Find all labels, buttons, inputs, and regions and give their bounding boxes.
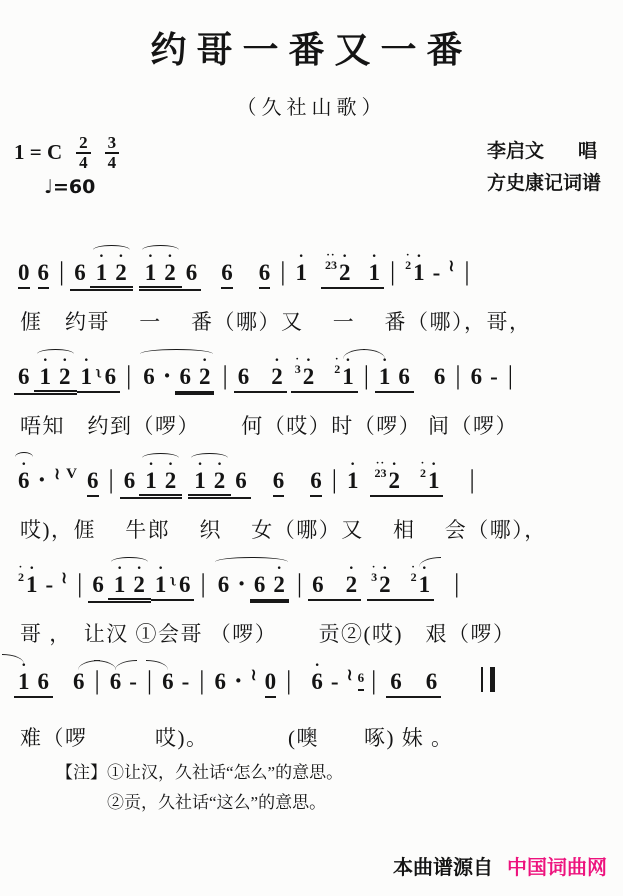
jianpu-note: 6 [87, 468, 99, 497]
jianpu-note: 6 [143, 364, 155, 390]
jianpu-note: ·1 [295, 254, 307, 286]
jianpu-note: ·2 [271, 358, 283, 390]
jianpu-note: ·2 [199, 358, 211, 390]
jianpu-note: 6 [259, 260, 271, 289]
jianpu-note: ·1 [114, 566, 126, 598]
barline: | [126, 363, 131, 390]
jianpu-notes-row: ·166|6-|6-|6·≀0|·6-≀6|66 [14, 646, 623, 720]
barline: | [280, 259, 285, 286]
key-signature: 1 = C 2 4 3 4 [14, 134, 119, 172]
jianpu-note: ·2 [164, 254, 176, 286]
jianpu-note: 6 [215, 669, 227, 695]
time-signature-2: 3 4 [105, 134, 120, 172]
breath-mark-icon: V [66, 458, 77, 484]
barline: | [95, 668, 100, 695]
jianpu-note: ·3·2 [295, 358, 315, 390]
jianpu-note: 6 [38, 260, 50, 289]
sheet-music-page: 约哥一番又一番 （久社山歌） 1 = C 2 4 3 4 ♩=60 李启文唱 方… [0, 0, 623, 896]
grace-notes: ·3 [295, 358, 301, 375]
jianpu-note: 6 [105, 364, 117, 390]
score-meta: 1 = C 2 4 3 4 ♩=60 李启文唱 方史康记词谱 [0, 134, 623, 212]
jianpu-note: 6 [92, 572, 104, 598]
credits: 李启文唱 方史康记词谱 [487, 136, 601, 201]
jianpu-note: 6 [179, 364, 191, 390]
jianpu-note: 6 [273, 468, 285, 497]
grace-note: 6 [358, 662, 365, 691]
jianpu-note: ·2 [273, 566, 285, 598]
beam-group: ·1ʅ6 [151, 563, 195, 601]
time-signature-1: 2 4 [76, 134, 91, 172]
barline: | [464, 259, 469, 286]
slur-group: ·1·2 [139, 452, 182, 496]
slur-group: ·1·2 [188, 452, 231, 496]
jianpu-note: 6 [74, 260, 86, 286]
beam-group: ··23·2·1 [321, 254, 384, 289]
lyrics-row: 哥 ， 让汉 ①会哥 （啰） 贡②(哎) 艰（啰） [14, 618, 623, 648]
slide-squiggle-icon: ≀ [61, 563, 67, 589]
music-system-3: ·6·≀V6|6·1·2·1·2666|·1··23·2·2·1| 哎)，𠊎 牛… [14, 438, 623, 542]
lyrics-row: 难（啰 哎)。 (噢 啄) 妹 。 [14, 722, 623, 752]
jianpu-note: 6 [18, 364, 30, 390]
jianpu-note: ··23·2 [325, 254, 351, 286]
grace-notes: ·2 [405, 254, 411, 271]
slur-group: ·1·2 [108, 556, 151, 600]
jianpu-note: ·1 [145, 462, 157, 494]
beam-group: 6·1·2 [70, 244, 133, 291]
singer-name: 李启文 [487, 141, 544, 162]
time-signature-1-denominator: 4 [76, 152, 91, 172]
jianpu-notes-row: 6·1·2·1ʅ6|6·6·2|6·2·3·2·2·1|·166|6-| [14, 334, 623, 408]
beam-group: 6·1·2 [14, 348, 77, 395]
song-title: 约哥一番又一番 [0, 0, 623, 73]
barline: | [454, 571, 459, 598]
barline: | [222, 363, 227, 390]
jianpu-note: ·2 [59, 358, 71, 390]
jianpu-notes-row: 06|6·1·2·1·2666|·1··23·2·1|·2·1-≀| [14, 230, 623, 304]
beam-group: 6·2 [175, 358, 214, 393]
barline: | [109, 467, 114, 494]
beam-group: ·1·26 [139, 244, 202, 291]
singer-role: 唱 [578, 141, 597, 162]
dash-extension: - [490, 364, 498, 390]
music-system-1: 06|6·1·2·1·2666|·1··23·2·1|·2·1-≀| 𠊎 约哥 … [14, 230, 623, 334]
beam-group: ·3·2·2·1 [367, 566, 434, 601]
augmentation-dot: · [234, 669, 243, 695]
jianpu-note: ·6 [311, 663, 323, 695]
jianpu-note: ·1 [145, 254, 157, 286]
jianpu-note: ·1 [194, 462, 206, 494]
jianpu-note: ·1 [379, 358, 391, 390]
time-signature-2-denominator: 4 [105, 152, 120, 172]
slide-squiggle-icon: ≀ [347, 660, 353, 686]
jianpu-note: ·1 [18, 663, 30, 695]
jianpu-note: 6 [471, 364, 483, 390]
jianpu-note: ·2·1 [405, 254, 425, 286]
beam-group: 66 [386, 669, 441, 698]
jianpu-note: 6 [426, 669, 438, 695]
beam-group: 6·2 [250, 566, 289, 601]
footnote-1: 【注】①让汉，久社话“怎么”的意思。 [56, 758, 623, 788]
jianpu-note: ·2 [115, 254, 127, 286]
music-system-4: ·2·1-≀|6·1·2·1ʅ6|6·6·2|6·2·3·2·2·1| 哥 ， … [14, 542, 623, 646]
grace-notes: ·3 [371, 566, 377, 583]
jianpu-note: 6 [238, 364, 250, 390]
beam-group: ·16 [375, 358, 414, 393]
slur-group: ·1·2 [90, 244, 133, 288]
augmentation-dot: · [38, 468, 47, 494]
source-site[interactable]: 中国词曲网 [507, 857, 607, 879]
jianpu-note: ·1 [368, 254, 380, 286]
slur-group: 6·6·2 [212, 556, 291, 601]
jianpu-note: 6 [221, 260, 233, 289]
time-signature-2-numerator: 3 [105, 134, 120, 152]
beam-group: 6·2 [308, 566, 361, 601]
barline: | [390, 259, 395, 286]
barline: | [469, 467, 474, 494]
transcriber-credit: 方史康记词谱 [487, 168, 601, 200]
source-prefix: 本曲谱源自 [393, 857, 493, 879]
slur-group: ·1·2 [34, 348, 77, 392]
jianpu-note: 6 [73, 669, 85, 695]
jianpu-note: ·6 [18, 462, 30, 494]
beam-group: ··23·2·2·1 [370, 462, 443, 497]
jianpu-note: ·1 [347, 462, 359, 494]
beam-group: ·16 [14, 663, 53, 698]
jianpu-note: ·1 [155, 566, 167, 598]
jianpu-note: ·2 [133, 566, 145, 598]
augmentation-dot: · [237, 572, 246, 598]
jianpu-note: ·1 [96, 254, 108, 286]
jianpu-note: 6 [38, 669, 50, 695]
barline: | [371, 668, 376, 695]
beam-group: ·1·26 [188, 452, 251, 499]
final-barline [481, 667, 495, 692]
footnote-label: 【注】 [56, 763, 107, 782]
dash-extension: - [433, 260, 441, 286]
beam-group: 6·1·2 [88, 556, 151, 603]
slide-squiggle-icon: ≀ [54, 459, 60, 485]
singer-credit: 李启文唱 [487, 136, 601, 168]
barline: | [59, 259, 64, 286]
jianpu-note: 6 [398, 364, 410, 390]
jianpu-note: 6 [186, 260, 198, 286]
jianpu-notes-row: ·6·≀V6|6·1·2·1·2666|·1··23·2·2·1| [14, 438, 623, 512]
footnote-1-text: ①让汉，久社话“怎么”的意思。 [107, 763, 343, 782]
slide-hook-icon: ʅ [96, 355, 101, 381]
jianpu-note: 6 [254, 572, 266, 598]
jianpu-note: ·2 [214, 462, 226, 494]
key-label: 1 = C [14, 140, 62, 165]
grace-notes: ··23 [325, 254, 337, 271]
grace-notes: ·2 [334, 358, 340, 375]
beam-group: 6·1·2 [120, 452, 183, 499]
jianpu-note: 6 [218, 572, 230, 598]
jianpu-note: ·2·1 [420, 462, 440, 494]
dash-extension: - [46, 572, 54, 598]
jianpu-note: ·2 [346, 566, 358, 598]
slide-hook-icon: ʅ [170, 563, 175, 589]
time-signature-1-numerator: 2 [76, 134, 91, 152]
slide-squiggle-icon: ≀ [251, 660, 257, 686]
grace-notes: ·2 [420, 462, 426, 479]
jianpu-note: ·3·2 [371, 566, 391, 598]
jianpu-note: 6 [310, 468, 322, 497]
slide-squiggle-icon: ≀ [448, 251, 454, 277]
footnote-2: ②贡，久社话“这么”的意思。 [56, 788, 623, 818]
jianpu-note: ·2·1 [411, 566, 431, 598]
lyrics-row: 哎)，𠊎 牛郎 织 女（哪）又 相 会（哪）， [14, 514, 623, 544]
grace-notes: ·2 [411, 566, 417, 583]
jianpu-note: ·2·1 [334, 358, 354, 390]
lyrics-row: 𠊎 约哥 一 番（哪）又 一 番（哪），哥， [14, 306, 623, 336]
jianpu-note: 6 [124, 468, 136, 494]
song-subtitle: （久社山歌） [0, 91, 623, 120]
grace-notes: ··23 [374, 462, 386, 479]
jianpu-note: ·1 [40, 358, 52, 390]
tempo-marking: ♩=60 [44, 176, 95, 198]
dash-extension: - [331, 669, 339, 695]
source-line: 本曲谱源自中国词曲网 [393, 851, 607, 880]
jianpu-note: ·2·1 [18, 566, 38, 598]
jianpu-note: 6 [390, 669, 402, 695]
beam-group: ·3·2·2·1 [291, 358, 358, 393]
footnotes: 【注】①让汉，久社话“怎么”的意思。 ②贡，久社话“这么”的意思。 [56, 758, 623, 818]
music-systems: 06|6·1·2·1·2666|·1··23·2·1|·2·1-≀| 𠊎 约哥 … [14, 230, 623, 750]
lyrics-row: 唔知 约到（啰） 何（哎）时（啰） 间（啰） [14, 410, 623, 440]
barline: | [297, 571, 302, 598]
jianpu-notes-row: ·2·1-≀|6·1·2·1ʅ6|6·6·2|6·2·3·2·2·1| [14, 542, 623, 616]
barline: | [147, 668, 152, 695]
barline: | [199, 668, 204, 695]
jianpu-note: 6 [434, 364, 446, 390]
tempo-value: =60 [53, 176, 95, 198]
music-system-2: 6·1·2·1ʅ6|6·6·2|6·2·3·2·2·1|·166|6-| 唔知 … [14, 334, 623, 438]
barline: | [364, 363, 369, 390]
jianpu-note: 6 [312, 572, 324, 598]
barline: | [508, 363, 513, 390]
slur-group: 6·6·2 [137, 348, 216, 393]
jianpu-note: ·2 [165, 462, 177, 494]
jianpu-note: ·1 [81, 358, 93, 390]
jianpu-note: 6 [179, 572, 191, 598]
music-system-5: ·166|6-|6-|6·≀0|·6-≀6|66 难（啰 哎)。 (噢 啄) 妹… [14, 646, 623, 750]
barline: | [200, 571, 205, 598]
jianpu-note: 0 [18, 260, 30, 289]
augmentation-dot: · [163, 364, 172, 390]
barline: | [332, 467, 337, 494]
jianpu-note: 0 [265, 669, 277, 698]
jianpu-note: ··23·2 [374, 462, 400, 494]
jianpu-note: 6 [162, 669, 174, 695]
jianpu-note: 6 [235, 468, 247, 494]
barline: | [455, 363, 460, 390]
grace-notes: ·2 [18, 566, 24, 583]
barline: | [77, 571, 82, 598]
quarter-note-icon: ♩ [44, 176, 53, 198]
slur-group: ·1·2 [139, 244, 182, 288]
dash-extension: - [129, 669, 137, 695]
beam-group: 6·2 [234, 358, 287, 393]
jianpu-note: 6 [110, 669, 122, 695]
beam-group: ·1ʅ6 [77, 355, 121, 393]
barline: | [286, 668, 291, 695]
dash-extension: - [182, 669, 190, 695]
